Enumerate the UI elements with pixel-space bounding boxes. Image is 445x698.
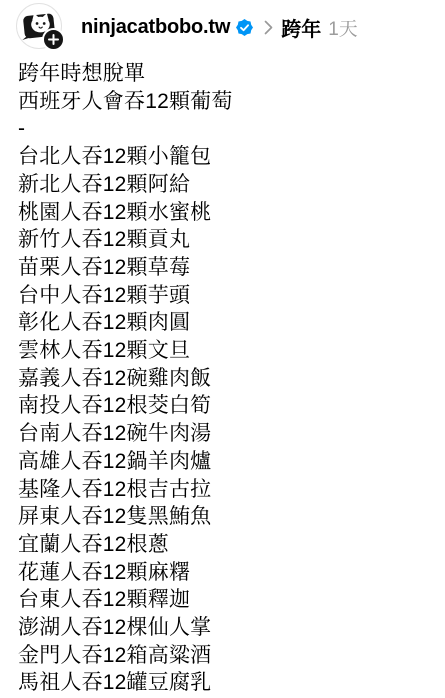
post-text-line: 馬祖人吞12罐豆腐乳 xyxy=(18,669,429,697)
post-text-line: 宜蘭人吞12根蔥 xyxy=(18,531,429,559)
header-line: ninjacatbobo.tw 跨年 1天 xyxy=(81,13,358,42)
post-text-line: 澎湖人吞12棵仙人掌 xyxy=(18,614,429,642)
post-text-line: 南投人吞12根茭白筍 xyxy=(18,392,429,420)
post-text-line: 跨年時想脫單 xyxy=(18,60,429,88)
post-text-line: 基隆人吞12根吉古拉 xyxy=(18,476,429,504)
post-text-line: 台中人吞12顆芋頭 xyxy=(18,282,429,310)
post-text-line: 苗栗人吞12顆草莓 xyxy=(18,254,429,282)
thread-post: ninjacatbobo.tw 跨年 1天 跨年時想脫單西班牙人會吞12顆葡萄-… xyxy=(0,0,445,698)
username[interactable]: ninjacatbobo.tw xyxy=(81,16,230,39)
verified-badge-icon xyxy=(236,19,253,36)
post-text-line: 西班牙人會吞12顆葡萄 xyxy=(18,88,429,116)
post-text-line: 嘉義人吞12碗雞肉飯 xyxy=(18,365,429,393)
follow-plus-badge[interactable] xyxy=(42,28,65,51)
post-text-line: 新北人吞12顆阿給 xyxy=(18,171,429,199)
post-text-line: 新竹人吞12顆貢丸 xyxy=(18,226,429,254)
post-text-line: 花蓮人吞12顆麻糬 xyxy=(18,559,429,587)
chevron-right-icon xyxy=(264,20,273,35)
topic-tag[interactable]: 跨年 xyxy=(281,13,321,42)
post-text-line: 彰化人吞12顆肉圓 xyxy=(18,309,429,337)
post-text-line: 台東人吞12顆釋迦 xyxy=(18,586,429,614)
post-text: 跨年時想脫單西班牙人會吞12顆葡萄-台北人吞12顆小籠包新北人吞12顆阿給桃園人… xyxy=(0,50,445,697)
post-text-line: - xyxy=(18,115,429,143)
post-header: ninjacatbobo.tw 跨年 1天 xyxy=(0,0,445,50)
timestamp: 1天 xyxy=(328,14,358,41)
post-text-line: 屏東人吞12隻黑鮪魚 xyxy=(18,503,429,531)
post-text-line: 桃園人吞12顆水蜜桃 xyxy=(18,199,429,227)
post-text-line: 台北人吞12顆小籠包 xyxy=(18,143,429,171)
avatar[interactable] xyxy=(16,3,62,49)
plus-icon xyxy=(48,34,59,45)
post-text-line: 雲林人吞12顆文旦 xyxy=(18,337,429,365)
post-text-line: 高雄人吞12鍋羊肉爐 xyxy=(18,448,429,476)
post-text-line: 金門人吞12箱高粱酒 xyxy=(18,642,429,670)
post-text-line: 台南人吞12碗牛肉湯 xyxy=(18,420,429,448)
